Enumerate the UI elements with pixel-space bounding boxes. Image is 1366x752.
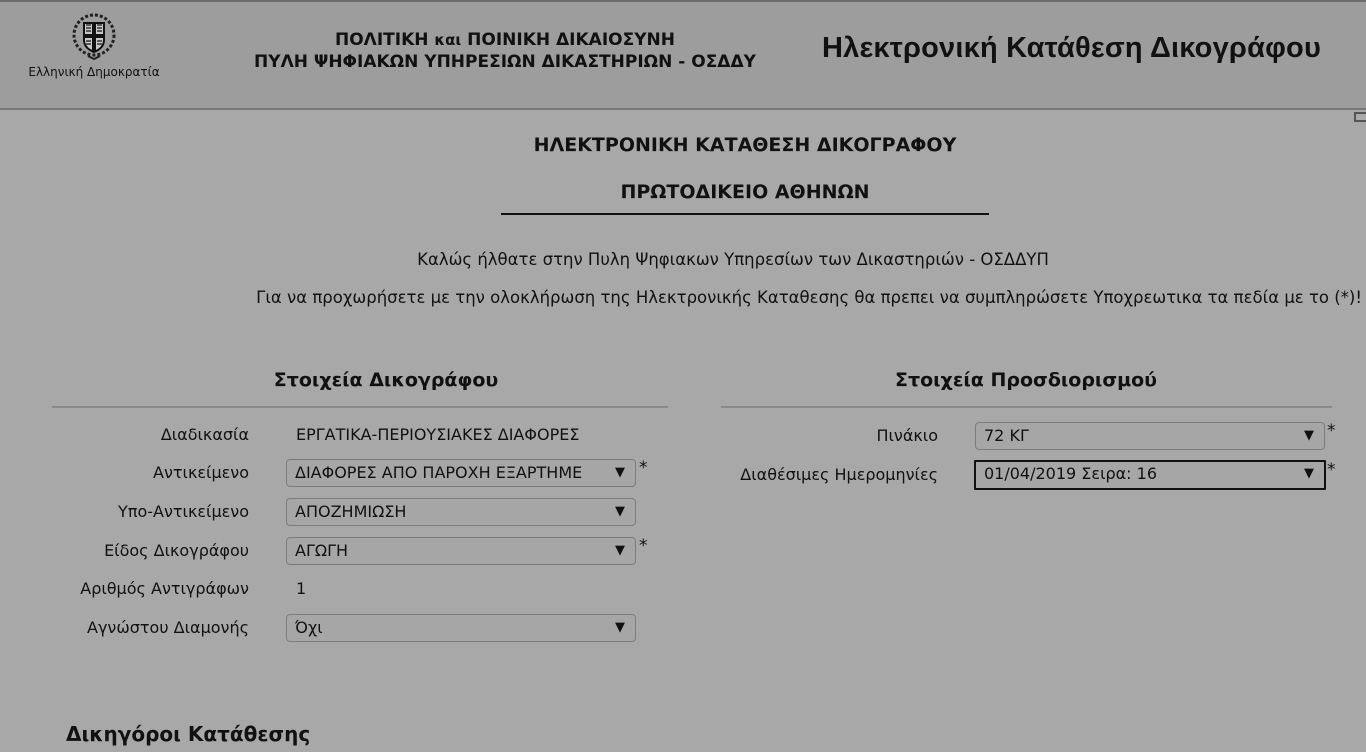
instructions-text: Για να προχωρήσετε με την ολοκλήρωση της… (256, 288, 1362, 307)
logo-text: Ελληνική Δημοκρατία (18, 65, 170, 79)
field-label-subject: Αντικείμενο (153, 463, 249, 482)
field-label-copies: Αριθμός Αντιγράφων (80, 579, 249, 598)
dropdown-arrow-icon: ▼ (1304, 423, 1314, 449)
app-title: Ηλεκτρονική Κατάθεση Δικογράφου (822, 32, 1321, 65)
required-marker: * (639, 458, 648, 478)
scheduling-section-divider (721, 406, 1332, 408)
available-dates-select-value: 01/04/2019 Σειρα: 16 (984, 462, 1296, 486)
field-label-subsubject: Υπο-Αντικείμενο (118, 502, 249, 521)
dropdown-arrow-icon: ▼ (1304, 462, 1314, 486)
title-divider (501, 213, 989, 215)
subsubject-select[interactable]: ΑΠΟΖΗΜΙΩΣΗ ▼ (286, 498, 636, 526)
dropdown-arrow-icon: ▼ (615, 538, 625, 564)
lawyers-section-title: Δικηγόροι Κατάθεσης (66, 722, 310, 746)
required-marker: * (1327, 460, 1336, 480)
org-line-1: ΠΟΛΙΤΙΚΗ και ΠΟΙΝΙΚΗ ΔΙΚΑΙΟΣΥΝΗ (205, 29, 805, 51)
document-section-divider (52, 406, 668, 408)
page-title: ΗΛΕΚΤΡΟΝΙΚΗ ΚΑΤΑΘΕΣΗ ΔΙΚΟΓΡΑΦΟΥ (0, 134, 1366, 156)
welcome-text: Καλώς ήλθατε στην Πυλη Ψηφιακων Υπηρεσίω… (0, 250, 1366, 269)
site-header: Ελληνική Δημοκρατία ΠΟΛΙΤΙΚΗ και ΠΟΙΝΙΚΗ… (0, 0, 1366, 110)
scheduling-section-title: Στοιχεία Προσδιορισμού (720, 369, 1332, 391)
available-dates-select[interactable]: 01/04/2019 Σειρα: 16 ▼ (974, 460, 1326, 490)
docket-select[interactable]: 72 ΚΓ ▼ (975, 422, 1325, 450)
dropdown-arrow-icon: ▼ (615, 499, 625, 525)
required-marker: * (1327, 421, 1336, 441)
procedure-value: ΕΡΓΑΤΙΚΑ-ΠΕΡΙΟΥΣΙΑΚΕΣ ΔΙΑΦΟΡΕΣ (296, 425, 579, 444)
field-label-docket: Πινάκιο (876, 426, 938, 445)
copies-value: 1 (296, 579, 306, 598)
docket-select-value: 72 ΚΓ (984, 423, 1296, 449)
subsubject-select-value: ΑΠΟΖΗΜΙΩΣΗ (295, 499, 607, 525)
field-label-procedure: Διαδικασία (161, 425, 249, 444)
greek-coat-of-arms-icon (70, 12, 118, 62)
unknown-residence-select[interactable]: Όχι ▼ (286, 614, 636, 642)
logo[interactable]: Ελληνική Δημοκρατία (18, 12, 170, 79)
document-section-title: Στοιχεία Δικογράφου (52, 369, 720, 391)
court-name: ΠΡΩΤΟΔΙΚΕΙΟ ΑΘΗΝΩΝ (0, 181, 1366, 203)
unknown-residence-select-value: Όχι (295, 615, 607, 641)
required-marker: * (639, 536, 648, 556)
field-label-unknown-residence: Αγνώστου Διαμονής (87, 618, 249, 637)
dropdown-arrow-icon: ▼ (615, 460, 625, 486)
frame-resize-handle[interactable] (1354, 112, 1366, 122)
subject-select[interactable]: ΔΙΑΦΟΡΕΣ ΑΠΟ ΠΑΡΟΧΗ ΕΞΑΡΤΗΜΕ ▼ (286, 459, 636, 487)
dropdown-arrow-icon: ▼ (615, 615, 625, 641)
organization-name: ΠΟΛΙΤΙΚΗ και ΠΟΙΝΙΚΗ ΔΙΚΑΙΟΣΥΝΗ ΠΥΛΗ ΨΗΦ… (205, 29, 805, 73)
org-line-2: ΠΥΛΗ ΨΗΦΙΑΚΩΝ ΥΠΗΡΕΣΙΩΝ ΔΙΚΑΣΤΗΡΙΩΝ - ΟΣ… (205, 51, 805, 73)
document-type-select[interactable]: ΑΓΩΓΗ ▼ (286, 537, 636, 565)
field-label-available-dates: Διαθέσιμες Ημερομηνίες (740, 465, 938, 484)
document-type-select-value: ΑΓΩΓΗ (295, 538, 607, 564)
field-label-document-type: Είδος Δικογράφου (104, 541, 249, 560)
subject-select-value: ΔΙΑΦΟΡΕΣ ΑΠΟ ΠΑΡΟΧΗ ΕΞΑΡΤΗΜΕ (295, 460, 607, 486)
